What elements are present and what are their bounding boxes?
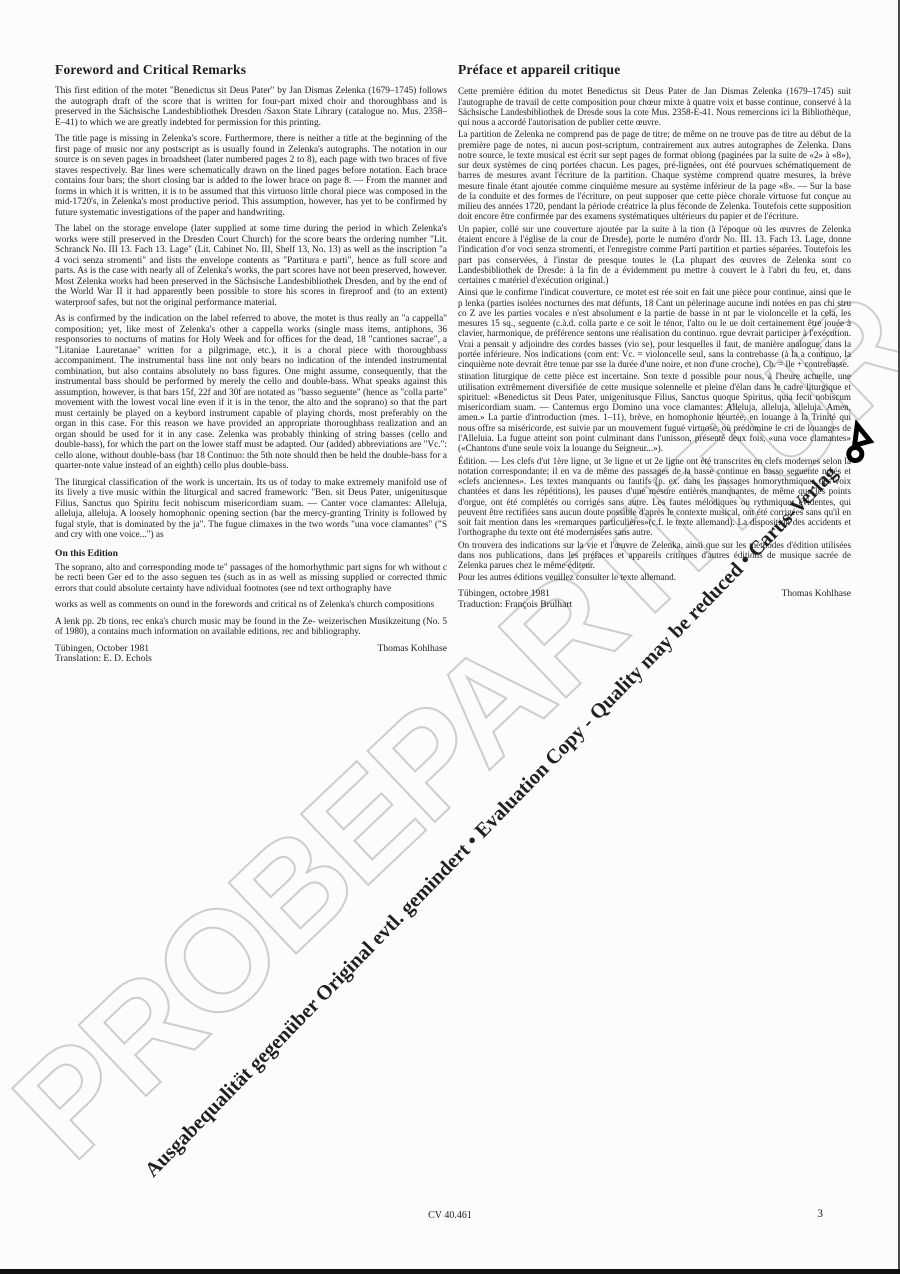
signature-translation: Translation: E. D. Echols (55, 654, 447, 665)
left-paragraph: The liturgical classification of the wor… (55, 478, 447, 541)
signature-author: Thomas Kohlhase (377, 644, 447, 655)
right-column-title: Préface et appareil critique (458, 62, 851, 77)
right-paragraph: Cette première édition du motet Benedict… (458, 86, 851, 127)
right-paragraph: Édition. — Les clefs d'ut 1ère ligne, ut… (458, 456, 851, 538)
right-paragraph: On trouvera des indications sur la vie e… (458, 540, 851, 571)
right-paragraph: La partition de Zelenka ne comprend pas … (458, 129, 851, 221)
left-section-paragraph: A lenk pp. 2b tions, rec enka's church m… (55, 617, 447, 638)
signature-date: Tübingen, octobre 1981 (458, 589, 550, 600)
section-title-on-this-edition: On this Edition (55, 549, 447, 560)
signature-author: Thomas Kohlhase (781, 589, 851, 600)
left-column-title: Foreword and Critical Remarks (55, 62, 447, 77)
right-paragraph: Pour les autres éditions veuillez consul… (458, 572, 851, 582)
scan-edge-bottom (0, 1269, 900, 1274)
left-section-paragraph: The soprano, alto and corresponding mode… (55, 563, 447, 595)
document-page: PROBEPARTITUR Foreword and Critical Rema… (0, 0, 900, 1274)
catalog-number: CV 40.461 (0, 1210, 900, 1221)
right-column: Préface et appareil critique Cette premi… (458, 62, 851, 610)
right-paragraph: stination liturgique de cette pièce est … (458, 371, 851, 453)
signature-row: Tübingen, octobre 1981 Thomas Kohlhase (458, 589, 851, 600)
left-paragraph: This first edition of the motet "Benedic… (55, 86, 447, 128)
left-section-paragraph: works as well as comments on ound in the… (55, 600, 447, 611)
left-paragraph: As is confirmed by the indication on the… (55, 314, 447, 472)
right-paragraph: Un papier, collé sur une couverture ajou… (458, 224, 851, 286)
left-column: Foreword and Critical Remarks This first… (55, 62, 447, 665)
signature-translation: Traduction: François Brulhart (458, 600, 851, 611)
left-paragraph: The title page is missing in Zelenka's s… (55, 134, 447, 218)
left-paragraph: The label on the storage envelope (later… (55, 224, 447, 308)
right-paragraph: Ainsi que le confirme l'indicat couvertu… (458, 287, 851, 369)
page-number: 3 (817, 1208, 823, 1220)
